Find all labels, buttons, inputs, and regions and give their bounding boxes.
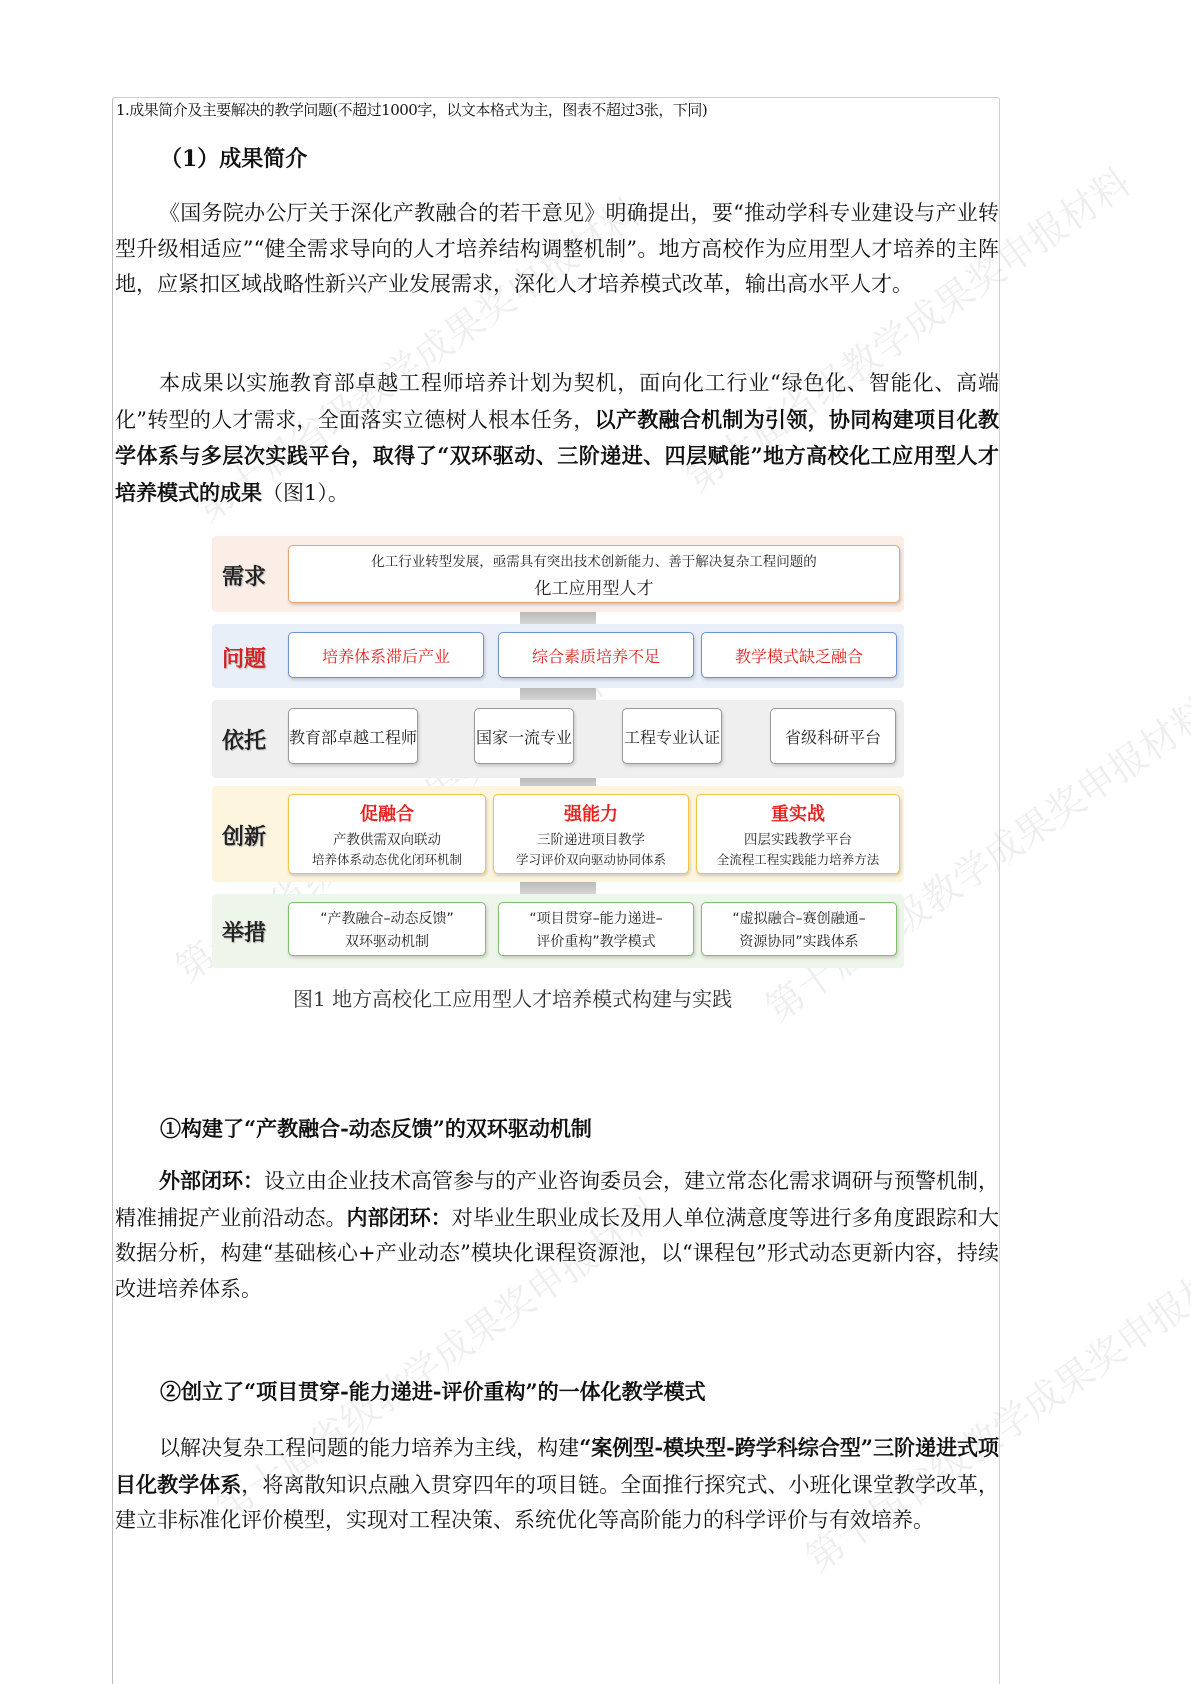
row-label-demand: 需求 <box>222 560 266 591</box>
problem-box: 培养体系滞后产业 <box>288 632 484 678</box>
measure-box: “产教融合–动态反馈” 双环驱动机制 <box>288 902 486 956</box>
innovation-box: 促融合 产教供需双向联动 培养体系动态优化闭环机制 <box>288 794 486 874</box>
problem-box: 综合素质培养不足 <box>498 632 694 678</box>
measure-box: “项目贯穿–能力递进– 评价重构”教学模式 <box>498 902 694 956</box>
support-box: 省级科研平台 <box>770 708 896 764</box>
demand-box: 化工行业转型发展，亟需具有突出技术创新能力、善于解决复杂工程问题的 化工应用型人… <box>288 545 900 603</box>
paragraph-achievement: 本成果以实施教育部卓越工程师培养计划为契机，面向化工行业“绿色化、智能化、高端化… <box>115 366 999 511</box>
row-label-innovation: 创新 <box>222 820 266 851</box>
figure-caption: 图1 地方高校化工应用型人才培养模式构建与实践 <box>293 983 732 1012</box>
row-label-support: 依托 <box>222 724 266 755</box>
item1-title: ①构建了“产教融合-动态反馈”的双环驱动机制 <box>160 1113 592 1143</box>
inner-loop-label: 内部闭环： <box>347 1205 452 1230</box>
row-measures: 举措 “产教融合–动态反馈” 双环驱动机制 “项目贯穿–能力递进– 评价重构”教… <box>212 894 904 968</box>
support-box: 国家一流专业 <box>474 708 574 764</box>
problem-box: 教学模式缺乏融合 <box>701 632 897 678</box>
paragraph-intro: 《国务院办公厅关于深化产教融合的若干意见》明确提出，要“推动学科专业建设与产业转… <box>115 196 999 303</box>
header-note: 1.成果简介及主要解决的教学问题(不超过1000字，以文本格式为主，图表不超过3… <box>116 99 707 120</box>
innovation-box: 重实战 四层实践教学平台 全流程工程实践能力培养方法 <box>696 794 900 874</box>
outer-loop-label: 外部闭环： <box>159 1168 264 1193</box>
innovation-box: 强能力 三阶递进项目教学 学习评价双向驱动协同体系 <box>493 794 689 874</box>
row-label-problem: 问题 <box>222 642 266 673</box>
item1-paragraph: 外部闭环：设立由企业技术高管参与的产业咨询委员会，建立常态化需求调研与预警机制，… <box>115 1163 999 1307</box>
measure-box: “虚拟融合–赛创融通– 资源协同”实践体系 <box>701 902 897 956</box>
row-demand: 需求 化工行业转型发展，亟需具有突出技术创新能力、善于解决复杂工程问题的 化工应… <box>212 536 904 612</box>
support-box: 教育部卓越工程师 <box>288 708 418 764</box>
figure-1-diagram: 需求 化工行业转型发展，亟需具有突出技术创新能力、善于解决复杂工程问题的 化工应… <box>212 536 904 968</box>
item2-title: ②创立了“项目贯穿-能力递进-评价重构”的一体化教学模式 <box>160 1376 706 1406</box>
row-innovation: 创新 促融合 产教供需双向联动 培养体系动态优化闭环机制 强能力 三阶递进项目教… <box>212 786 904 882</box>
row-label-measures: 举措 <box>222 916 266 947</box>
row-problem: 问题 培养体系滞后产业 综合素质培养不足 教学模式缺乏融合 <box>212 624 904 688</box>
support-box: 工程专业认证 <box>622 708 722 764</box>
section-title: （1）成果简介 <box>160 142 307 173</box>
row-support: 依托 教育部卓越工程师 国家一流专业 工程专业认证 省级科研平台 <box>212 700 904 778</box>
item2-paragraph: 以解决复杂工程问题的能力培养为主线，构建“案例型-模块型-跨学科综合型”三阶递进… <box>115 1430 999 1539</box>
